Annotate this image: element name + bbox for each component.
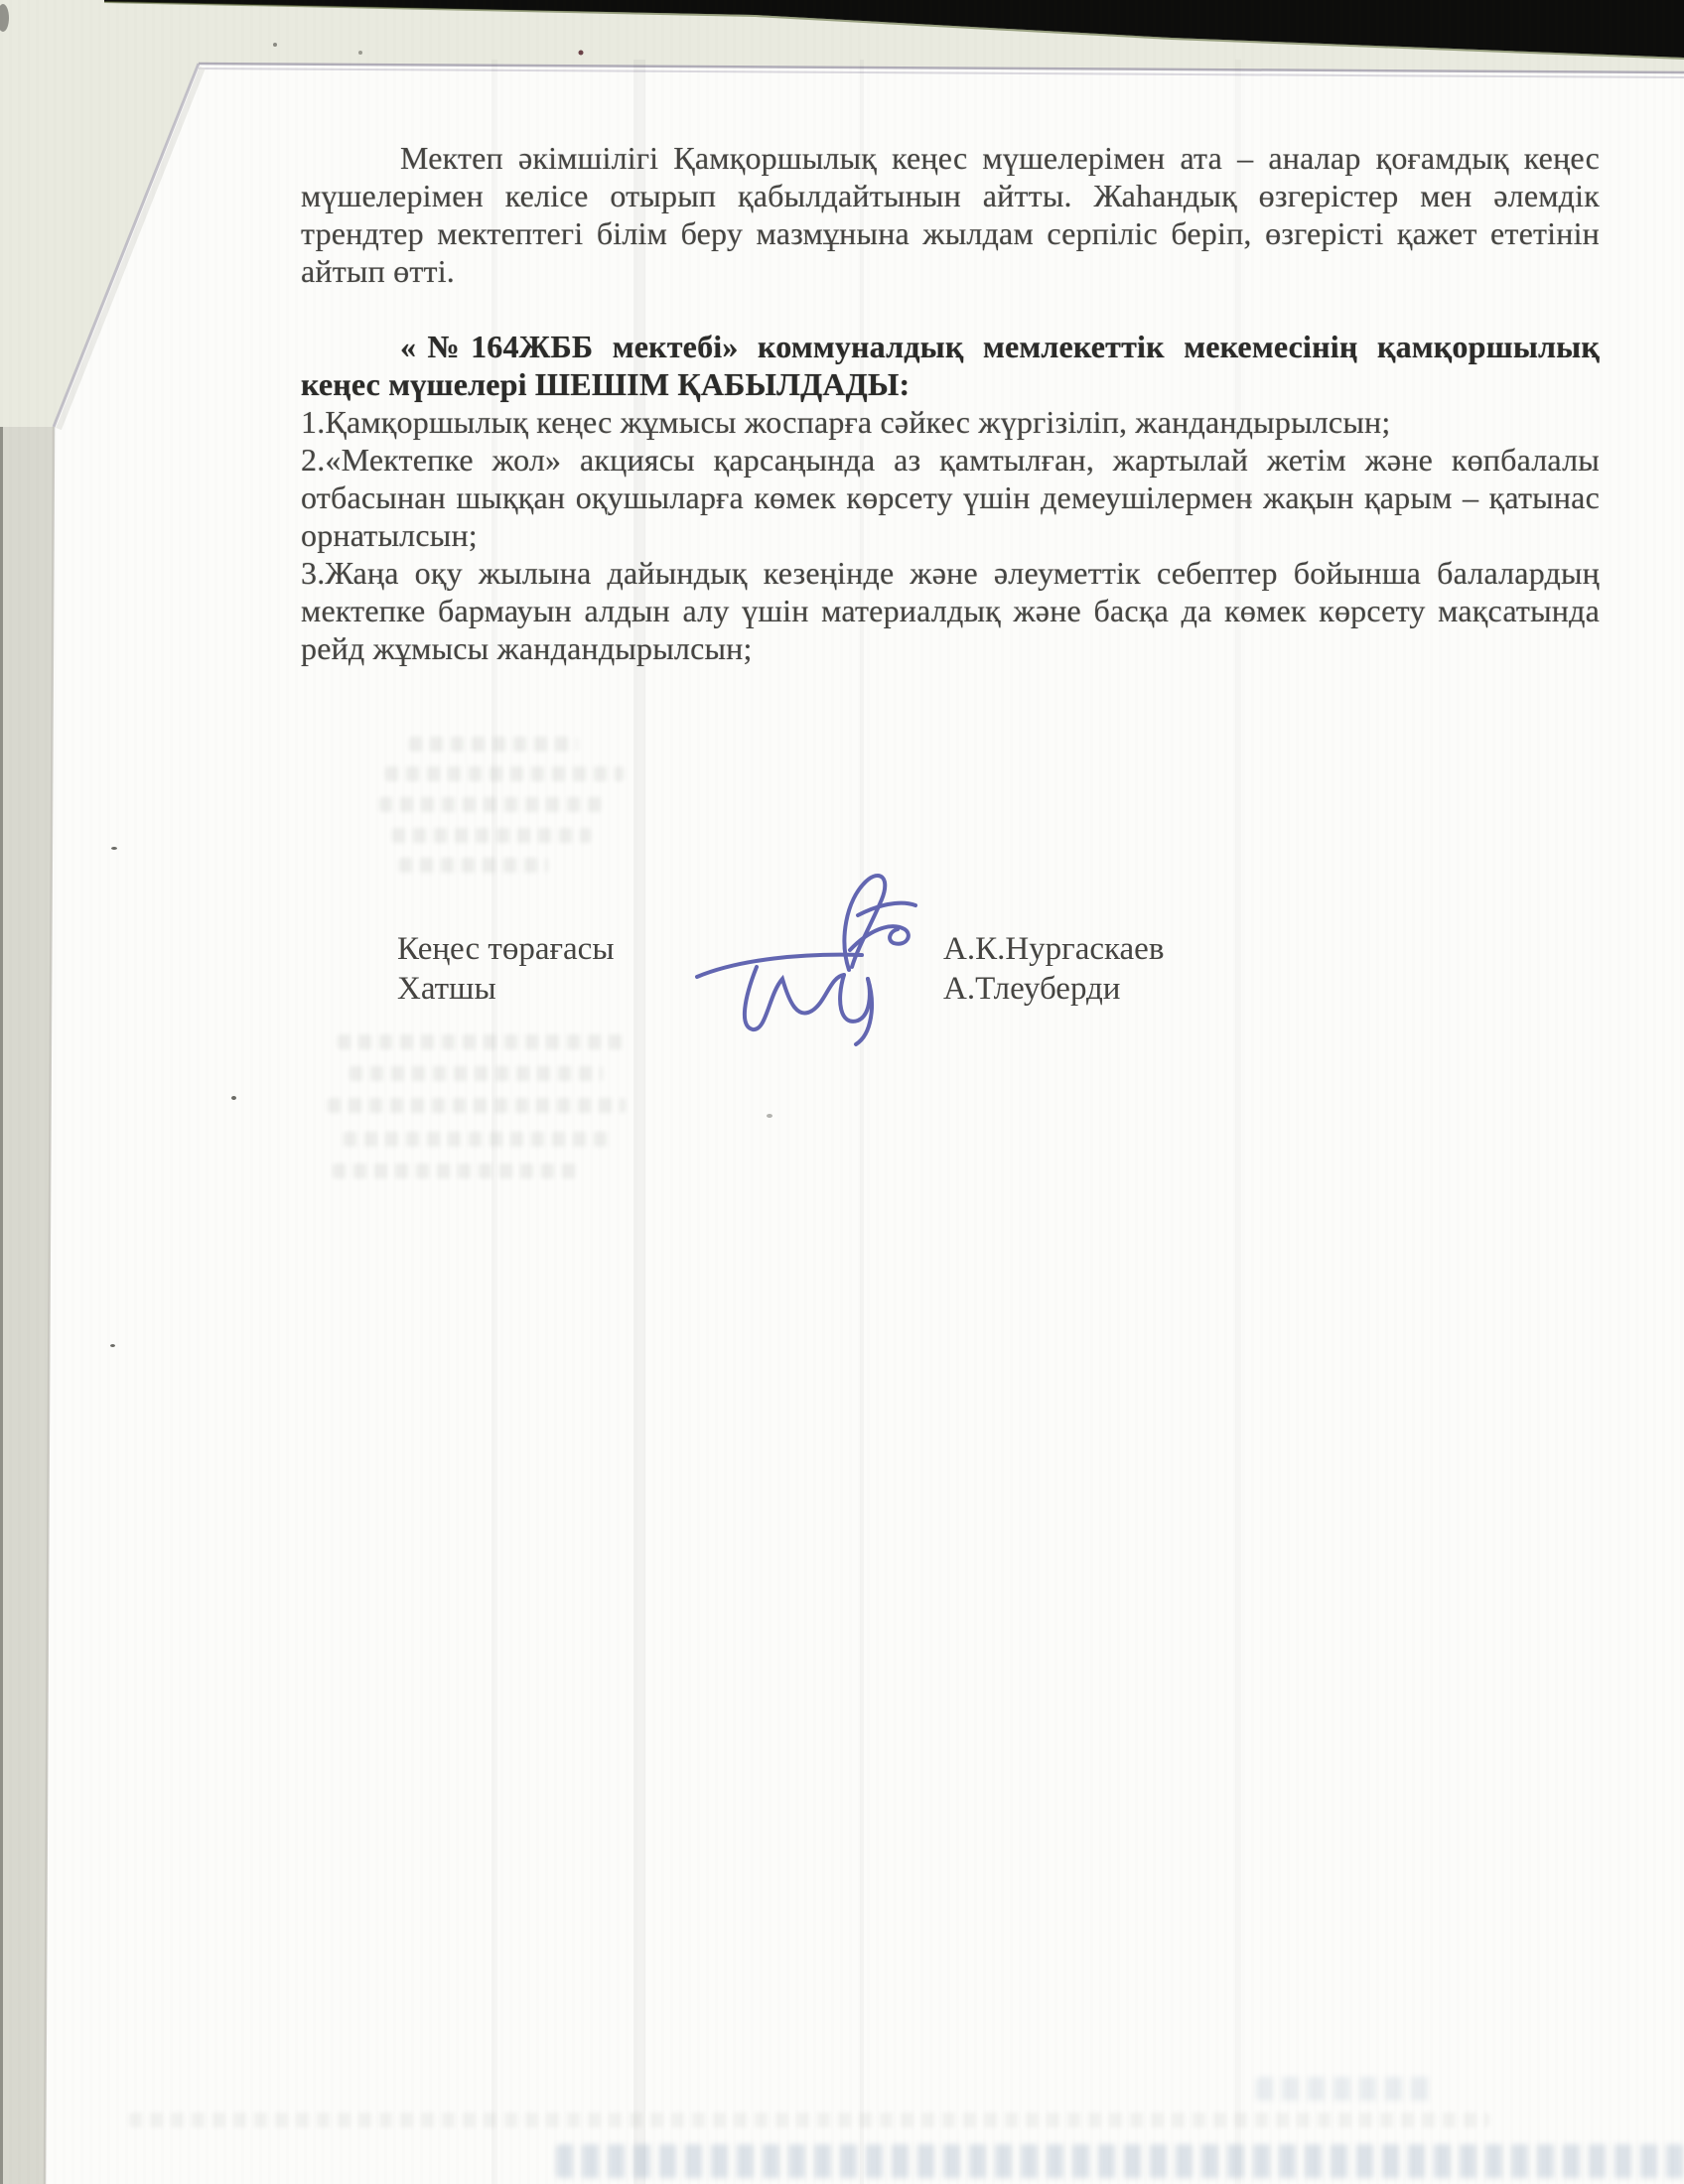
bleedthrough-text: [379, 797, 603, 812]
bleedthrough-text: [333, 1163, 576, 1178]
bleedthrough-text: [129, 2113, 1489, 2127]
signer-name: А.Тлеуберди: [943, 969, 1360, 1009]
bleedthrough-text: [392, 828, 591, 843]
decision-heading: «№164ЖББ мектебі» коммуналдық мемлекетті…: [301, 328, 1600, 403]
bleedthrough-text: [344, 1132, 612, 1147]
bleedthrough-text: [409, 737, 578, 751]
opening-paragraph: Мектеп әкімшілігі Қамқоршылық кеңес мүше…: [301, 139, 1600, 290]
signer-name: А.К.Нургаскаев: [943, 929, 1360, 969]
bleedthrough-text: [399, 858, 548, 873]
bleedthrough-text: [385, 766, 624, 781]
bleedthrough-next-page: [556, 2144, 1684, 2178]
scanned-document: Мектеп әкімшілігі Қамқоршылық кеңес мүше…: [0, 0, 1684, 2184]
bleedthrough-text: [338, 1034, 626, 1049]
bleedthrough-next-page: [1256, 2077, 1435, 2101]
ink-speck: [231, 1096, 236, 1100]
ink-speck: [767, 1114, 772, 1118]
ink-speck: [111, 847, 117, 850]
bleedthrough-text: [350, 1066, 603, 1081]
decision-item-3: 3.Жаңа оқу жылына дайындық кезеңінде жән…: [301, 554, 1600, 667]
ink-speck: [110, 1344, 115, 1347]
bleedthrough-text: [328, 1098, 626, 1113]
handwritten-signature: [645, 856, 943, 1054]
decision-item-1: 1.Қамқоршылық кеңес жұмысы жоспарға сәйк…: [301, 403, 1600, 441]
decision-item-2: 2.«Мектепке жол» акциясы қарсаңында аз қ…: [301, 441, 1600, 554]
